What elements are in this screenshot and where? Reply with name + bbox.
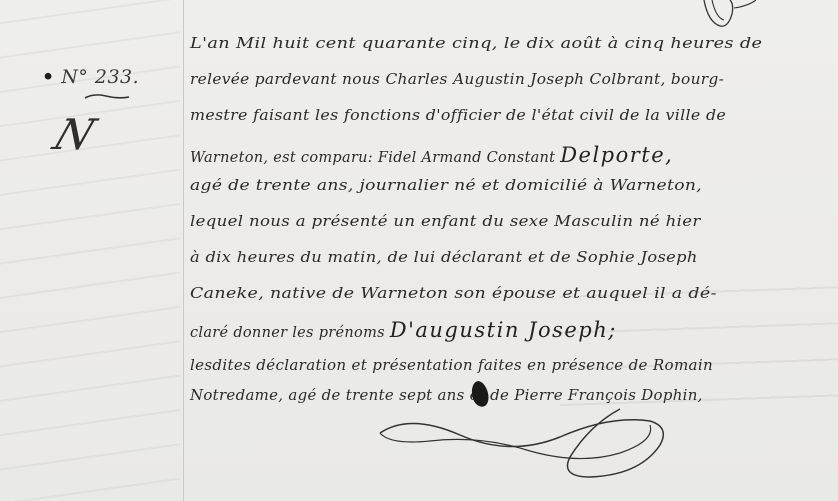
text-line-5: agé de trente ans, journalier né et domi… xyxy=(190,178,702,194)
closing-flourish-icon xyxy=(370,395,690,495)
text-line-4-body: Warneton, est comparu: Fidel Armand Cons… xyxy=(190,150,555,166)
text-line-2: relevée pardevant nous Charles Augustin … xyxy=(190,72,724,88)
text-line-9: claré donner les prénoms D'augustin Jose… xyxy=(190,318,617,342)
given-names: D'augustin Joseph; xyxy=(390,318,617,342)
top-flourish-icon xyxy=(690,0,770,30)
text-line-3: mestre faisant les fonctions d'officier … xyxy=(190,108,726,124)
text-line-6: lequel nous a présenté un enfant du sexe… xyxy=(190,214,701,230)
surname: Delporte, xyxy=(560,143,673,167)
text-line-10: lesdites déclaration et présentation fai… xyxy=(190,358,713,374)
margin-rule xyxy=(183,0,184,501)
text-line-1: L'an Mil huit cent quarante cinq, le dix… xyxy=(190,36,762,52)
underline-flourish-icon xyxy=(84,92,130,102)
document-page: • N° 233. N L'an Mil huit cent quarante … xyxy=(0,0,838,501)
text-line-9-body: claré donner les prénoms xyxy=(190,325,385,341)
ink-mark: • xyxy=(42,66,55,88)
act-number-text: N° 233. xyxy=(61,66,139,88)
text-line-4: Warneton, est comparu: Fidel Armand Cons… xyxy=(190,143,673,167)
act-number: • N° 233. xyxy=(42,66,139,88)
text-line-8: Caneke, native de Warneton son épouse et… xyxy=(190,286,717,302)
text-line-7: à dix heures du matin, de lui déclarant … xyxy=(190,250,698,266)
